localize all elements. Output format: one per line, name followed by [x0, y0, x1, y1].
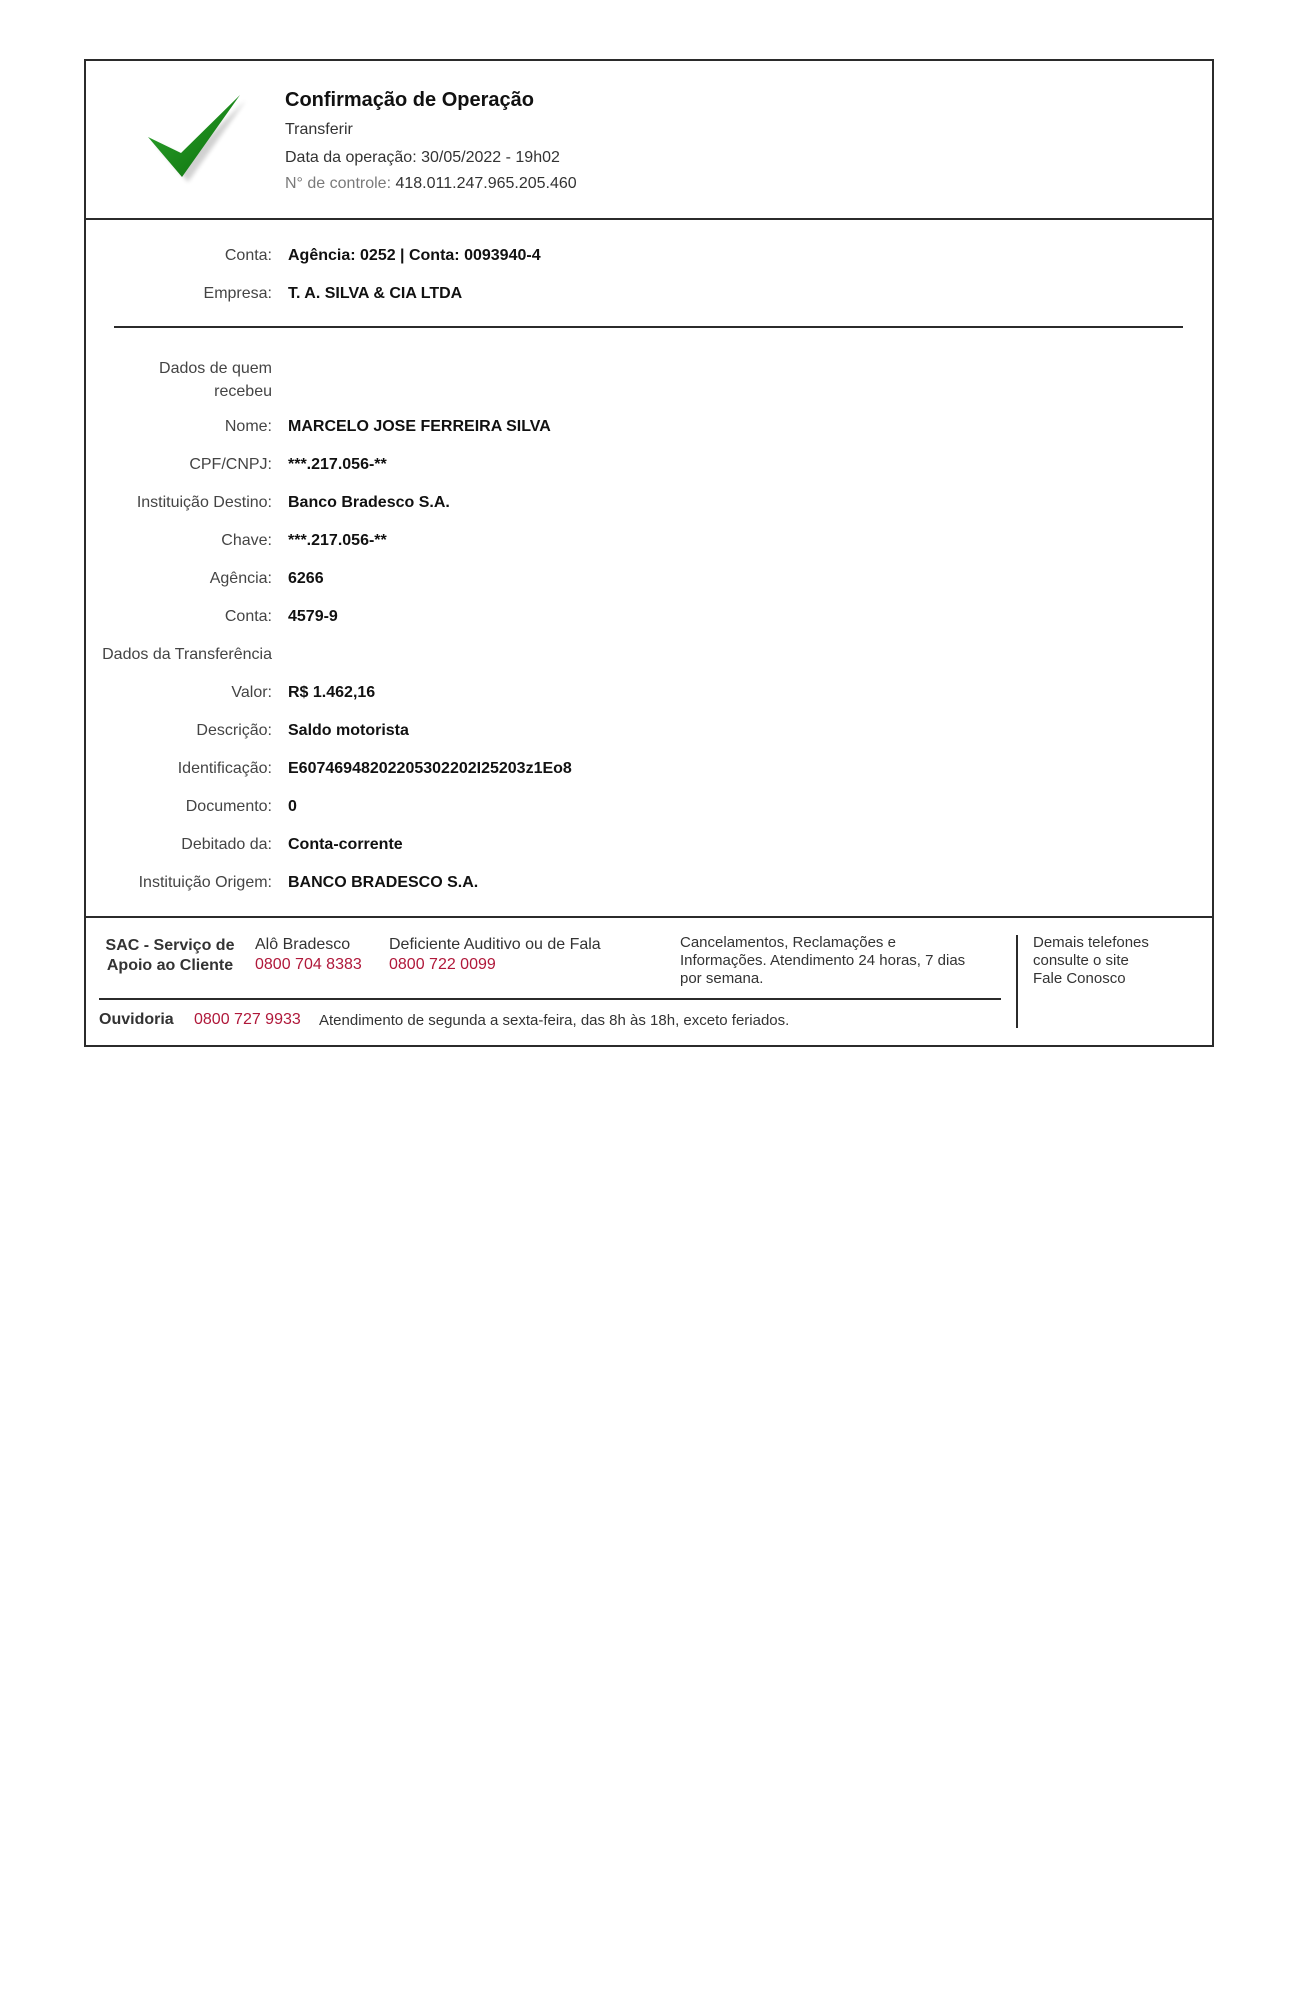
ouvidoria-divider [99, 998, 1001, 1000]
account-label: Conta: [32, 246, 272, 266]
transfer-debited-label: Debitado da: [32, 835, 272, 855]
transfer-id-value: E60746948202205302202I25203z1Eo8 [288, 759, 572, 779]
section-divider [114, 326, 1183, 328]
transfer-description-value: Saldo motorista [288, 721, 409, 741]
operation-type: Transferir [285, 120, 353, 140]
ouvidoria-label: Ouvidoria [99, 1010, 174, 1030]
footer-vertical-divider [1016, 935, 1018, 1028]
deficiente-auditivo-phone[interactable]: 0800 722 0099 [389, 955, 601, 975]
recipient-cpf-label: CPF/CNPJ: [32, 455, 272, 475]
recipient-account-label: Conta: [32, 607, 272, 627]
other-phones-line2: consulte o site [1033, 952, 1149, 970]
other-phones: Demais telefones consulte o site Fale Co… [1033, 934, 1149, 988]
operation-date: Data da operação: 30/05/2022 - 19h02 [285, 148, 560, 168]
transfer-origin-label: Instituição Origem: [32, 873, 272, 893]
header-divider [84, 218, 1212, 220]
checkmark-icon [140, 88, 250, 188]
recipient-bank-label: Instituição Destino: [32, 493, 272, 513]
transfer-origin-value: BANCO BRADESCO S.A. [288, 873, 478, 893]
company-value: T. A. SILVA & CIA LTDA [288, 284, 462, 304]
control-number-value: 418.011.247.965.205.460 [395, 175, 576, 192]
transfer-amount-label: Valor: [32, 683, 272, 703]
transfer-document-value: 0 [288, 797, 297, 817]
transfer-description-label: Descrição: [32, 721, 272, 741]
company-label: Empresa: [32, 284, 272, 304]
receipt-frame [84, 59, 1214, 1047]
account-value: Agência: 0252 | Conta: 0093940-4 [288, 246, 541, 266]
sac-title-line2: Apoio ao Cliente [100, 956, 240, 976]
control-number-label: N° de controle: [285, 175, 391, 192]
recipient-name-label: Nome: [32, 417, 272, 437]
transfer-document-label: Documento: [32, 797, 272, 817]
transfer-amount-value: R$ 1.462,16 [288, 683, 375, 703]
recipient-key-value: ***.217.056-** [288, 531, 387, 551]
transfer-section-title: Dados da Transferência [32, 645, 272, 665]
recipient-key-label: Chave: [32, 531, 272, 551]
control-number: N° de controle: 418.011.247.965.205.460 [285, 174, 577, 194]
sac-title-line1: SAC - Serviço de [100, 936, 240, 956]
deficiente-auditivo-label: Deficiente Auditivo ou de Fala [389, 935, 601, 955]
ouvidoria-phone[interactable]: 0800 727 9933 [194, 1010, 301, 1030]
fale-conosco-link[interactable]: Fale Conosco [1033, 970, 1149, 988]
alo-bradesco: Alô Bradesco 0800 704 8383 [255, 935, 362, 975]
recipient-cpf-value: ***.217.056-** [288, 455, 387, 475]
recipient-agency-label: Agência: [32, 569, 272, 589]
page-title: Confirmação de Operação [285, 88, 534, 112]
operation-date-value: 30/05/2022 - 19h02 [421, 149, 560, 166]
recipient-agency-value: 6266 [288, 569, 324, 589]
footer-divider [84, 916, 1212, 918]
deficiente-auditivo: Deficiente Auditivo ou de Fala 0800 722 … [389, 935, 601, 975]
recipient-account-value: 4579-9 [288, 607, 338, 627]
recipient-bank-value: Banco Bradesco S.A. [288, 493, 450, 513]
transfer-debited-value: Conta-corrente [288, 835, 403, 855]
other-phones-line1: Demais telefones [1033, 934, 1149, 952]
recipient-section-title: Dados de quemrecebeu [32, 357, 272, 403]
sac-title: SAC - Serviço de Apoio ao Cliente [100, 936, 240, 976]
ouvidoria-hours: Atendimento de segunda a sexta-feira, da… [319, 1011, 789, 1031]
recipient-name-value: MARCELO JOSE FERREIRA SILVA [288, 417, 551, 437]
transfer-id-label: Identificação: [32, 759, 272, 779]
sac-info-text: Cancelamentos, Reclamações e Informações… [680, 934, 980, 988]
alo-bradesco-label: Alô Bradesco [255, 935, 362, 955]
operation-date-label: Data da operação: [285, 149, 417, 166]
alo-bradesco-phone[interactable]: 0800 704 8383 [255, 955, 362, 975]
